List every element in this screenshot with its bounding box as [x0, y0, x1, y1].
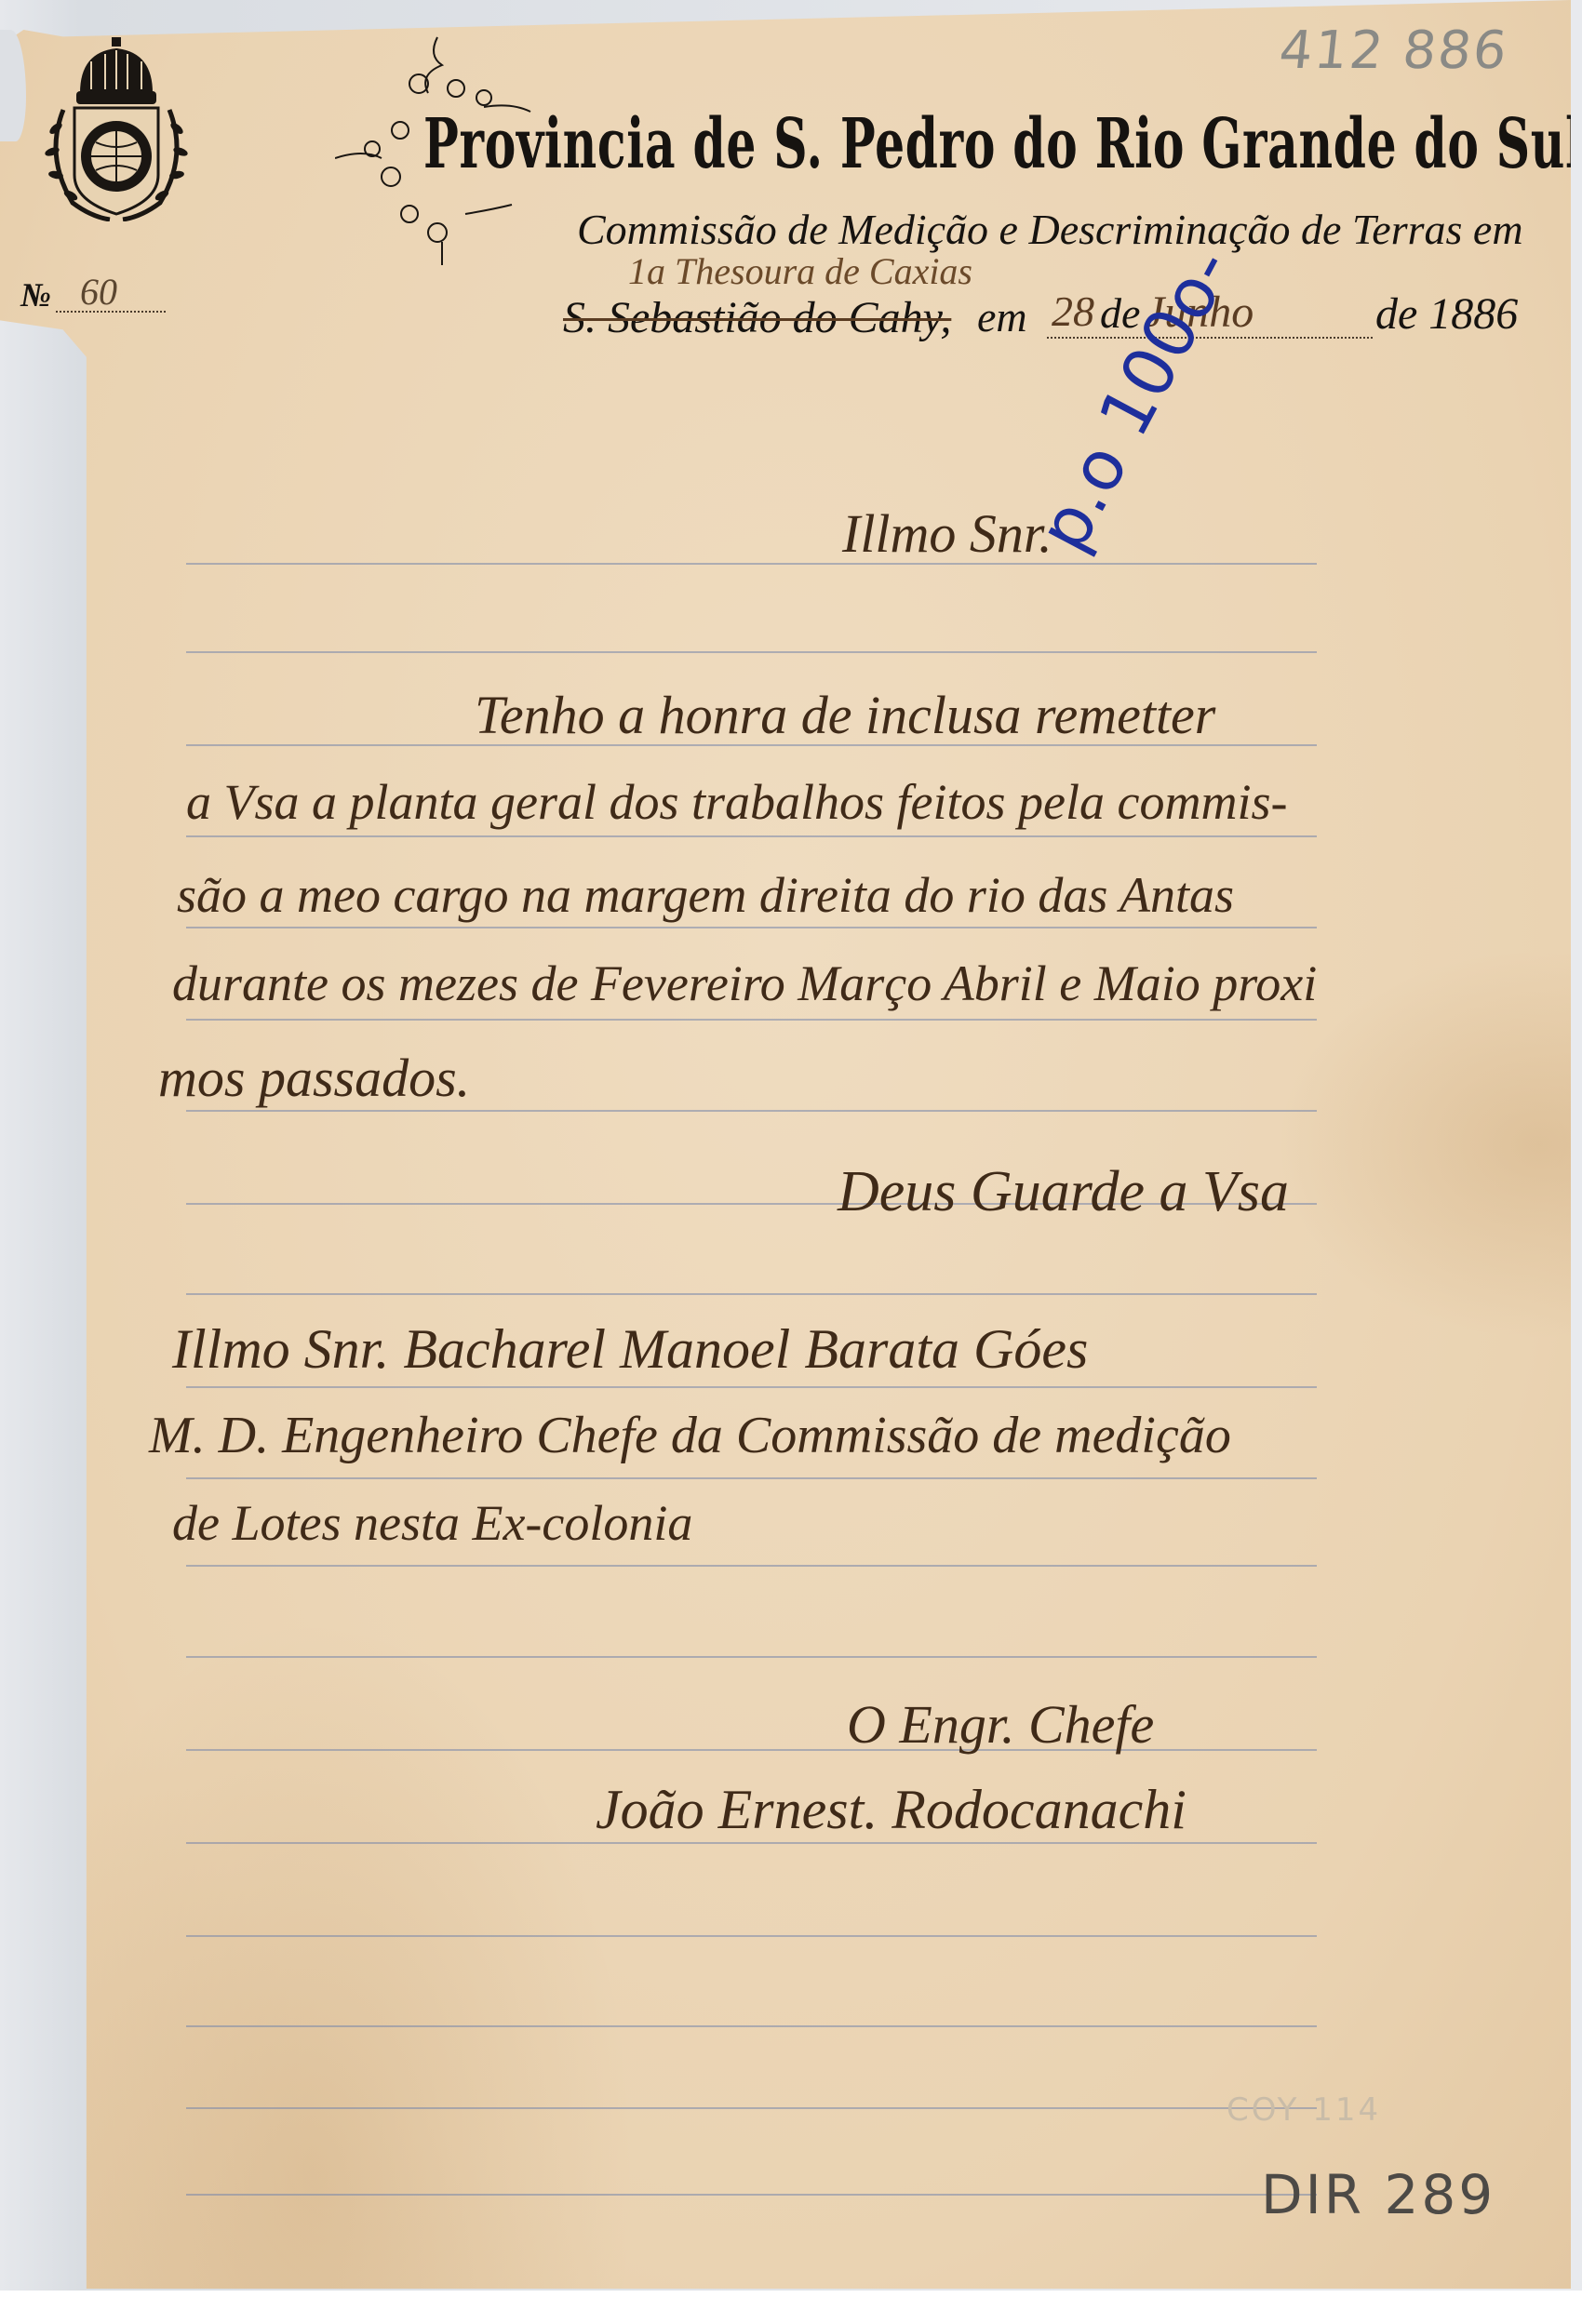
letterhead-title: Provincia de S. Pedro do Rio Grande do S… — [423, 110, 1176, 179]
ruled-line — [186, 651, 1317, 653]
ruled-line — [186, 1386, 1317, 1388]
addressee-line: M. D. Engenheiro Chefe da Commissão de m… — [149, 1409, 1231, 1462]
date-connector: em — [977, 292, 1027, 341]
number-dotted-line — [56, 311, 166, 313]
signature-name: João Ernest. Rodocanachi — [596, 1782, 1186, 1837]
letter-page: Provincia de S. Pedro do Rio Grande do S… — [0, 0, 1571, 2289]
place-struck-through: S. Sebastião do Cahy, — [563, 292, 951, 343]
coat-of-arms-icon — [35, 35, 195, 221]
ruled-line — [186, 1110, 1317, 1112]
date-day: 28 — [1052, 287, 1094, 336]
ruled-line — [186, 1842, 1317, 1844]
date-year: de 1886 — [1375, 288, 1518, 340]
ruled-line — [186, 2194, 1317, 2196]
ruled-line — [186, 563, 1317, 565]
salutation: Illmo Snr. — [842, 502, 1052, 565]
body-line: Tenho a honra de inclusa remetter — [475, 688, 1215, 742]
archive-number-top: 412 886 — [1277, 20, 1511, 81]
ruled-line — [186, 1935, 1317, 1937]
addressee-line: Illmo Snr. Bacharel Manoel Barata Góes — [172, 1321, 1088, 1377]
archive-faint-mark: COY 114 — [1227, 2091, 1381, 2129]
ruled-line — [186, 835, 1317, 837]
letterhead-subtitle: Commissão de Medição e Descriminação de … — [577, 205, 1523, 254]
ruled-line — [186, 1656, 1317, 1658]
place-correction: 1a Thesoura de Caxias — [628, 249, 972, 293]
body-line: mos passados. — [158, 1051, 470, 1105]
document-number-value: 60 — [80, 270, 117, 314]
ruled-line — [186, 1477, 1317, 1479]
ruled-line — [186, 1565, 1317, 1567]
scan-margin — [0, 2291, 1582, 2324]
body-line: são a meo cargo na margem direita do rio… — [177, 870, 1234, 920]
ruled-line — [186, 2107, 1317, 2109]
closing: Deus Guarde a Vsa — [838, 1163, 1289, 1221]
body-line: durante os mezes de Fevereiro Março Abri… — [172, 958, 1317, 1008]
archive-code-bottom: DIR 289 — [1261, 2163, 1495, 2226]
ruled-line — [186, 1019, 1317, 1021]
document-number-label: № — [20, 275, 51, 314]
blue-pen-annotation: p.o 100o- — [1023, 235, 1248, 564]
ruled-line — [186, 927, 1317, 928]
body-line: a Vsa a planta geral dos trabalhos feito… — [186, 777, 1287, 827]
signature-title: O Engr. Chefe — [847, 1698, 1154, 1752]
ruled-line — [186, 2025, 1317, 2027]
addressee-line: de Lotes nesta Ex-colonia — [172, 1498, 692, 1548]
ruled-line — [186, 1293, 1317, 1295]
